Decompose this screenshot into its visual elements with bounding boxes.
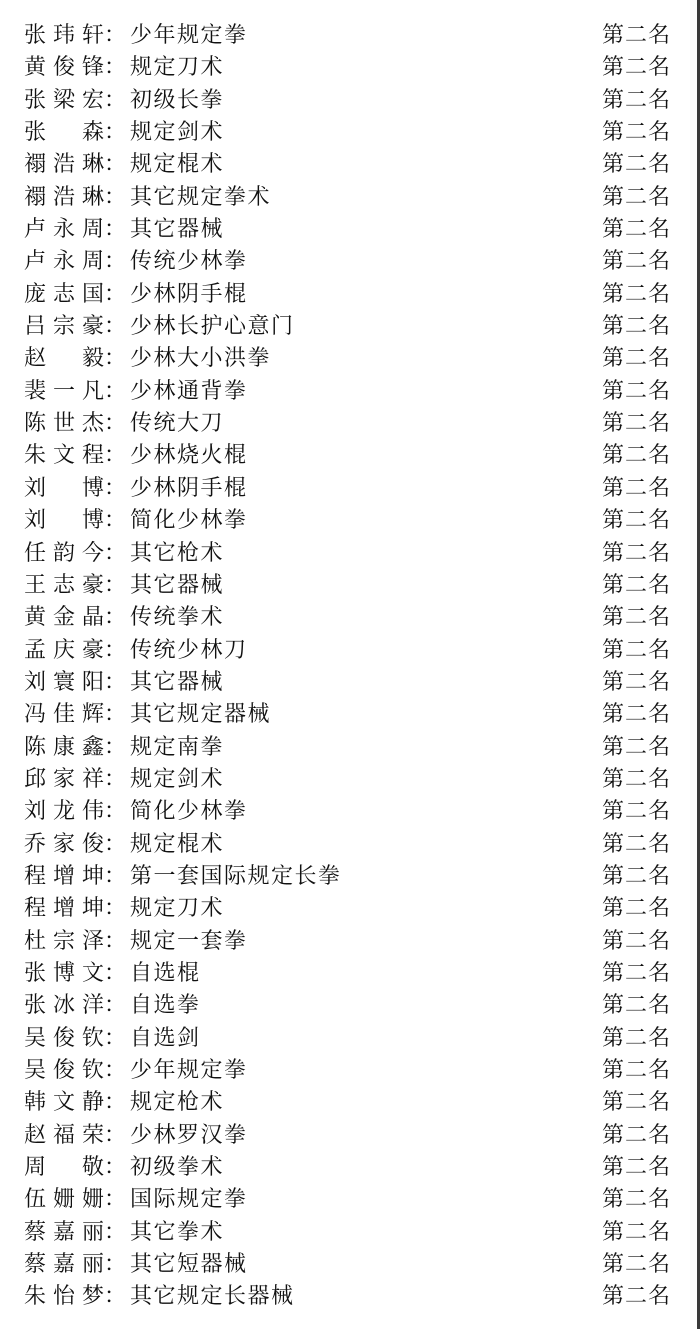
- rank-label: 第二名: [602, 279, 671, 311]
- athlete-name: 赵毅: [24, 343, 104, 375]
- event-name: 规定剑术: [130, 764, 224, 796]
- event-name: 初级拳术: [130, 1152, 224, 1184]
- name-event-separator: ：: [104, 538, 126, 570]
- athlete-name: 黄金晶: [24, 602, 104, 634]
- rank-label: 第二名: [602, 764, 671, 796]
- rank-label: 第二名: [602, 311, 671, 343]
- event-name: 规定刀术: [130, 893, 224, 925]
- result-row: 孟庆豪 ： 传统少林刀 第二名: [24, 635, 680, 667]
- name-event-separator: ：: [104, 990, 126, 1022]
- athlete-name: 张玮轩: [24, 20, 104, 52]
- event-name: 其它规定器械: [130, 699, 271, 731]
- athlete-name: 刘寰阳: [24, 667, 104, 699]
- event-name: 传统大刀: [130, 408, 224, 440]
- rank-label: 第二名: [602, 1217, 671, 1249]
- result-row: 韩文静 ： 规定枪术 第二名: [24, 1087, 680, 1119]
- rank-label: 第二名: [602, 829, 671, 861]
- event-name: 少林阴手棍: [130, 473, 248, 505]
- name-event-separator: ：: [104, 667, 126, 699]
- rank-label: 第二名: [602, 1120, 671, 1152]
- event-name: 其它短器械: [130, 1249, 248, 1281]
- name-event-separator: ：: [104, 20, 126, 52]
- athlete-name: 张梁宏: [24, 85, 104, 117]
- event-name: 少林阴手棍: [130, 279, 248, 311]
- rank-label: 第二名: [602, 570, 671, 602]
- event-name: 传统少林刀: [130, 635, 248, 667]
- athlete-name: 禤浩琳: [24, 149, 104, 181]
- rank-label: 第二名: [602, 1023, 671, 1055]
- rank-label: 第二名: [602, 861, 671, 893]
- athlete-name: 张博文: [24, 958, 104, 990]
- event-name: 自选棍: [130, 958, 201, 990]
- rank-label: 第二名: [602, 408, 671, 440]
- name-event-separator: ：: [104, 1281, 126, 1313]
- result-row: 陈康鑫 ： 规定南拳 第二名: [24, 732, 680, 764]
- event-name: 少年规定拳: [130, 20, 248, 52]
- result-row: 刘博 ： 少林阴手棍 第二名: [24, 473, 680, 505]
- event-name: 初级长拳: [130, 85, 224, 117]
- athlete-name: 裴一凡: [24, 376, 104, 408]
- rank-label: 第二名: [602, 1281, 671, 1313]
- athlete-name: 程增坤: [24, 861, 104, 893]
- athlete-name: 邱家祥: [24, 764, 104, 796]
- result-row: 杜宗泽 ： 规定一套拳 第二名: [24, 926, 680, 958]
- athlete-name: 任韵今: [24, 538, 104, 570]
- athlete-name: 陈康鑫: [24, 732, 104, 764]
- name-event-separator: ：: [104, 570, 126, 602]
- result-row: 蔡嘉丽 ： 其它拳术 第二名: [24, 1217, 680, 1249]
- rank-label: 第二名: [602, 1087, 671, 1119]
- athlete-name: 韩文静: [24, 1087, 104, 1119]
- event-name: 自选拳: [130, 990, 201, 1022]
- athlete-name: 禤浩琳: [24, 182, 104, 214]
- result-row: 蔡嘉丽 ： 其它短器械 第二名: [24, 1249, 680, 1281]
- athlete-name: 卢永周: [24, 246, 104, 278]
- rank-label: 第二名: [602, 343, 671, 375]
- athlete-name: 王志豪: [24, 570, 104, 602]
- name-event-separator: ：: [104, 699, 126, 731]
- event-name: 少林通背拳: [130, 376, 248, 408]
- event-name: 少年规定拳: [130, 1055, 248, 1087]
- result-row: 朱文程 ： 少林烧火棍 第二名: [24, 440, 680, 472]
- result-row: 赵毅 ： 少林大小洪拳 第二名: [24, 343, 680, 375]
- athlete-name: 赵福荣: [24, 1120, 104, 1152]
- athlete-name: 吴俊钦: [24, 1023, 104, 1055]
- event-name: 简化少林拳: [130, 505, 248, 537]
- athlete-name: 孟庆豪: [24, 635, 104, 667]
- results-list: 张玮轩 ： 少年规定拳 第二名 黄俊锋 ： 规定刀术 第二名 张梁宏 ： 初级长…: [24, 20, 680, 1314]
- event-name: 规定刀术: [130, 52, 224, 84]
- rank-label: 第二名: [602, 1055, 671, 1087]
- result-row: 吴俊钦 ： 自选剑 第二名: [24, 1023, 680, 1055]
- name-event-separator: ：: [104, 1023, 126, 1055]
- rank-label: 第二名: [602, 182, 671, 214]
- event-name: 规定棍术: [130, 149, 224, 181]
- result-row: 卢永周 ： 其它器械 第二名: [24, 214, 680, 246]
- result-row: 裴一凡 ： 少林通背拳 第二名: [24, 376, 680, 408]
- event-name: 其它器械: [130, 570, 224, 602]
- athlete-name: 伍姗姗: [24, 1184, 104, 1216]
- rank-label: 第二名: [602, 1249, 671, 1281]
- rank-label: 第二名: [602, 893, 671, 925]
- athlete-name: 黄俊锋: [24, 52, 104, 84]
- event-name: 规定枪术: [130, 1087, 224, 1119]
- athlete-name: 庞志国: [24, 279, 104, 311]
- name-event-separator: ：: [104, 829, 126, 861]
- result-row: 禤浩琳 ： 其它规定拳术 第二名: [24, 182, 680, 214]
- result-row: 赵福荣 ： 少林罗汉拳 第二名: [24, 1120, 680, 1152]
- rank-label: 第二名: [602, 505, 671, 537]
- name-event-separator: ：: [104, 182, 126, 214]
- rank-label: 第二名: [602, 667, 671, 699]
- rank-label: 第二名: [602, 990, 671, 1022]
- result-row: 吴俊钦 ： 少年规定拳 第二名: [24, 1055, 680, 1087]
- name-event-separator: ：: [104, 958, 126, 990]
- name-event-separator: ：: [104, 246, 126, 278]
- event-name: 规定一套拳: [130, 926, 248, 958]
- event-name: 规定剑术: [130, 117, 224, 149]
- name-event-separator: ：: [104, 473, 126, 505]
- result-row: 任韵今 ： 其它枪术 第二名: [24, 538, 680, 570]
- rank-label: 第二名: [602, 732, 671, 764]
- athlete-name: 乔家俊: [24, 829, 104, 861]
- rank-label: 第二名: [602, 796, 671, 828]
- name-event-separator: ：: [104, 1249, 126, 1281]
- event-name: 少林大小洪拳: [130, 343, 271, 375]
- result-row: 朱怡梦 ： 其它规定长器械 第二名: [24, 1281, 680, 1313]
- event-name: 第一套国际规定长拳: [130, 861, 342, 893]
- name-event-separator: ：: [104, 52, 126, 84]
- event-name: 少林长护心意门: [130, 311, 295, 343]
- athlete-name: 蔡嘉丽: [24, 1249, 104, 1281]
- result-row: 程增坤 ： 规定刀术 第二名: [24, 893, 680, 925]
- rank-label: 第二名: [602, 1184, 671, 1216]
- athlete-name: 陈世杰: [24, 408, 104, 440]
- result-row: 张玮轩 ： 少年规定拳 第二名: [24, 20, 680, 52]
- event-name: 少林罗汉拳: [130, 1120, 248, 1152]
- name-event-separator: ：: [104, 602, 126, 634]
- name-event-separator: ：: [104, 149, 126, 181]
- name-event-separator: ：: [104, 343, 126, 375]
- result-row: 刘龙伟 ： 简化少林拳 第二名: [24, 796, 680, 828]
- name-event-separator: ：: [104, 1217, 126, 1249]
- name-event-separator: ：: [104, 505, 126, 537]
- athlete-name: 周敬: [24, 1152, 104, 1184]
- result-row: 王志豪 ： 其它器械 第二名: [24, 570, 680, 602]
- athlete-name: 杜宗泽: [24, 926, 104, 958]
- rank-label: 第二名: [602, 958, 671, 990]
- result-row: 黄金晶 ： 传统拳术 第二名: [24, 602, 680, 634]
- event-name: 规定棍术: [130, 829, 224, 861]
- name-event-separator: ：: [104, 85, 126, 117]
- event-name: 其它器械: [130, 214, 224, 246]
- result-row: 邱家祥 ： 规定剑术 第二名: [24, 764, 680, 796]
- name-event-separator: ：: [104, 1120, 126, 1152]
- event-name: 其它器械: [130, 667, 224, 699]
- name-event-separator: ：: [104, 279, 126, 311]
- event-name: 国际规定拳: [130, 1184, 248, 1216]
- rank-label: 第二名: [602, 246, 671, 278]
- rank-label: 第二名: [602, 926, 671, 958]
- event-name: 其它规定长器械: [130, 1281, 295, 1313]
- result-row: 伍姗姗 ： 国际规定拳 第二名: [24, 1184, 680, 1216]
- athlete-name: 冯佳辉: [24, 699, 104, 731]
- name-event-separator: ：: [104, 1055, 126, 1087]
- name-event-separator: ：: [104, 1152, 126, 1184]
- event-name: 简化少林拳: [130, 796, 248, 828]
- result-row: 禤浩琳 ： 规定棍术 第二名: [24, 149, 680, 181]
- rank-label: 第二名: [602, 214, 671, 246]
- event-name: 其它枪术: [130, 538, 224, 570]
- event-name: 其它拳术: [130, 1217, 224, 1249]
- result-row: 张梁宏 ： 初级长拳 第二名: [24, 85, 680, 117]
- result-row: 张博文 ： 自选棍 第二名: [24, 958, 680, 990]
- result-row: 刘寰阳 ： 其它器械 第二名: [24, 667, 680, 699]
- result-row: 吕宗豪 ： 少林长护心意门 第二名: [24, 311, 680, 343]
- rank-label: 第二名: [602, 1152, 671, 1184]
- rank-label: 第二名: [602, 699, 671, 731]
- rank-label: 第二名: [602, 117, 671, 149]
- rank-label: 第二名: [602, 52, 671, 84]
- name-event-separator: ：: [104, 440, 126, 472]
- rank-label: 第二名: [602, 376, 671, 408]
- result-row: 卢永周 ： 传统少林拳 第二名: [24, 246, 680, 278]
- event-name: 自选剑: [130, 1023, 201, 1055]
- name-event-separator: ：: [104, 796, 126, 828]
- rank-label: 第二名: [602, 149, 671, 181]
- rank-label: 第二名: [602, 85, 671, 117]
- athlete-name: 刘博: [24, 505, 104, 537]
- rank-label: 第二名: [602, 635, 671, 667]
- result-row: 程增坤 ： 第一套国际规定长拳 第二名: [24, 861, 680, 893]
- name-event-separator: ：: [104, 1184, 126, 1216]
- result-row: 陈世杰 ： 传统大刀 第二名: [24, 408, 680, 440]
- result-row: 乔家俊 ： 规定棍术 第二名: [24, 829, 680, 861]
- name-event-separator: ：: [104, 408, 126, 440]
- name-event-separator: ：: [104, 117, 126, 149]
- name-event-separator: ：: [104, 635, 126, 667]
- event-name: 少林烧火棍: [130, 440, 248, 472]
- rank-label: 第二名: [602, 20, 671, 52]
- athlete-name: 张森: [24, 117, 104, 149]
- result-row: 张森 ： 规定剑术 第二名: [24, 117, 680, 149]
- result-row: 刘博 ： 简化少林拳 第二名: [24, 505, 680, 537]
- results-document: 张玮轩 ： 少年规定拳 第二名 黄俊锋 ： 规定刀术 第二名 张梁宏 ： 初级长…: [0, 0, 700, 1329]
- name-event-separator: ：: [104, 214, 126, 246]
- rank-label: 第二名: [602, 538, 671, 570]
- athlete-name: 吕宗豪: [24, 311, 104, 343]
- name-event-separator: ：: [104, 764, 126, 796]
- rank-label: 第二名: [602, 473, 671, 505]
- name-event-separator: ：: [104, 893, 126, 925]
- name-event-separator: ：: [104, 376, 126, 408]
- event-name: 其它规定拳术: [130, 182, 271, 214]
- name-event-separator: ：: [104, 926, 126, 958]
- event-name: 传统拳术: [130, 602, 224, 634]
- athlete-name: 吴俊钦: [24, 1055, 104, 1087]
- athlete-name: 刘博: [24, 473, 104, 505]
- name-event-separator: ：: [104, 861, 126, 893]
- event-name: 传统少林拳: [130, 246, 248, 278]
- result-row: 庞志国 ： 少林阴手棍 第二名: [24, 279, 680, 311]
- athlete-name: 朱文程: [24, 440, 104, 472]
- event-name: 规定南拳: [130, 732, 224, 764]
- athlete-name: 程增坤: [24, 893, 104, 925]
- result-row: 黄俊锋 ： 规定刀术 第二名: [24, 52, 680, 84]
- athlete-name: 张冰洋: [24, 990, 104, 1022]
- athlete-name: 朱怡梦: [24, 1281, 104, 1313]
- result-row: 冯佳辉 ： 其它规定器械 第二名: [24, 699, 680, 731]
- result-row: 周敬 ： 初级拳术 第二名: [24, 1152, 680, 1184]
- athlete-name: 卢永周: [24, 214, 104, 246]
- athlete-name: 蔡嘉丽: [24, 1217, 104, 1249]
- rank-label: 第二名: [602, 440, 671, 472]
- result-row: 张冰洋 ： 自选拳 第二名: [24, 990, 680, 1022]
- name-event-separator: ：: [104, 1087, 126, 1119]
- athlete-name: 刘龙伟: [24, 796, 104, 828]
- name-event-separator: ：: [104, 311, 126, 343]
- name-event-separator: ：: [104, 732, 126, 764]
- rank-label: 第二名: [602, 602, 671, 634]
